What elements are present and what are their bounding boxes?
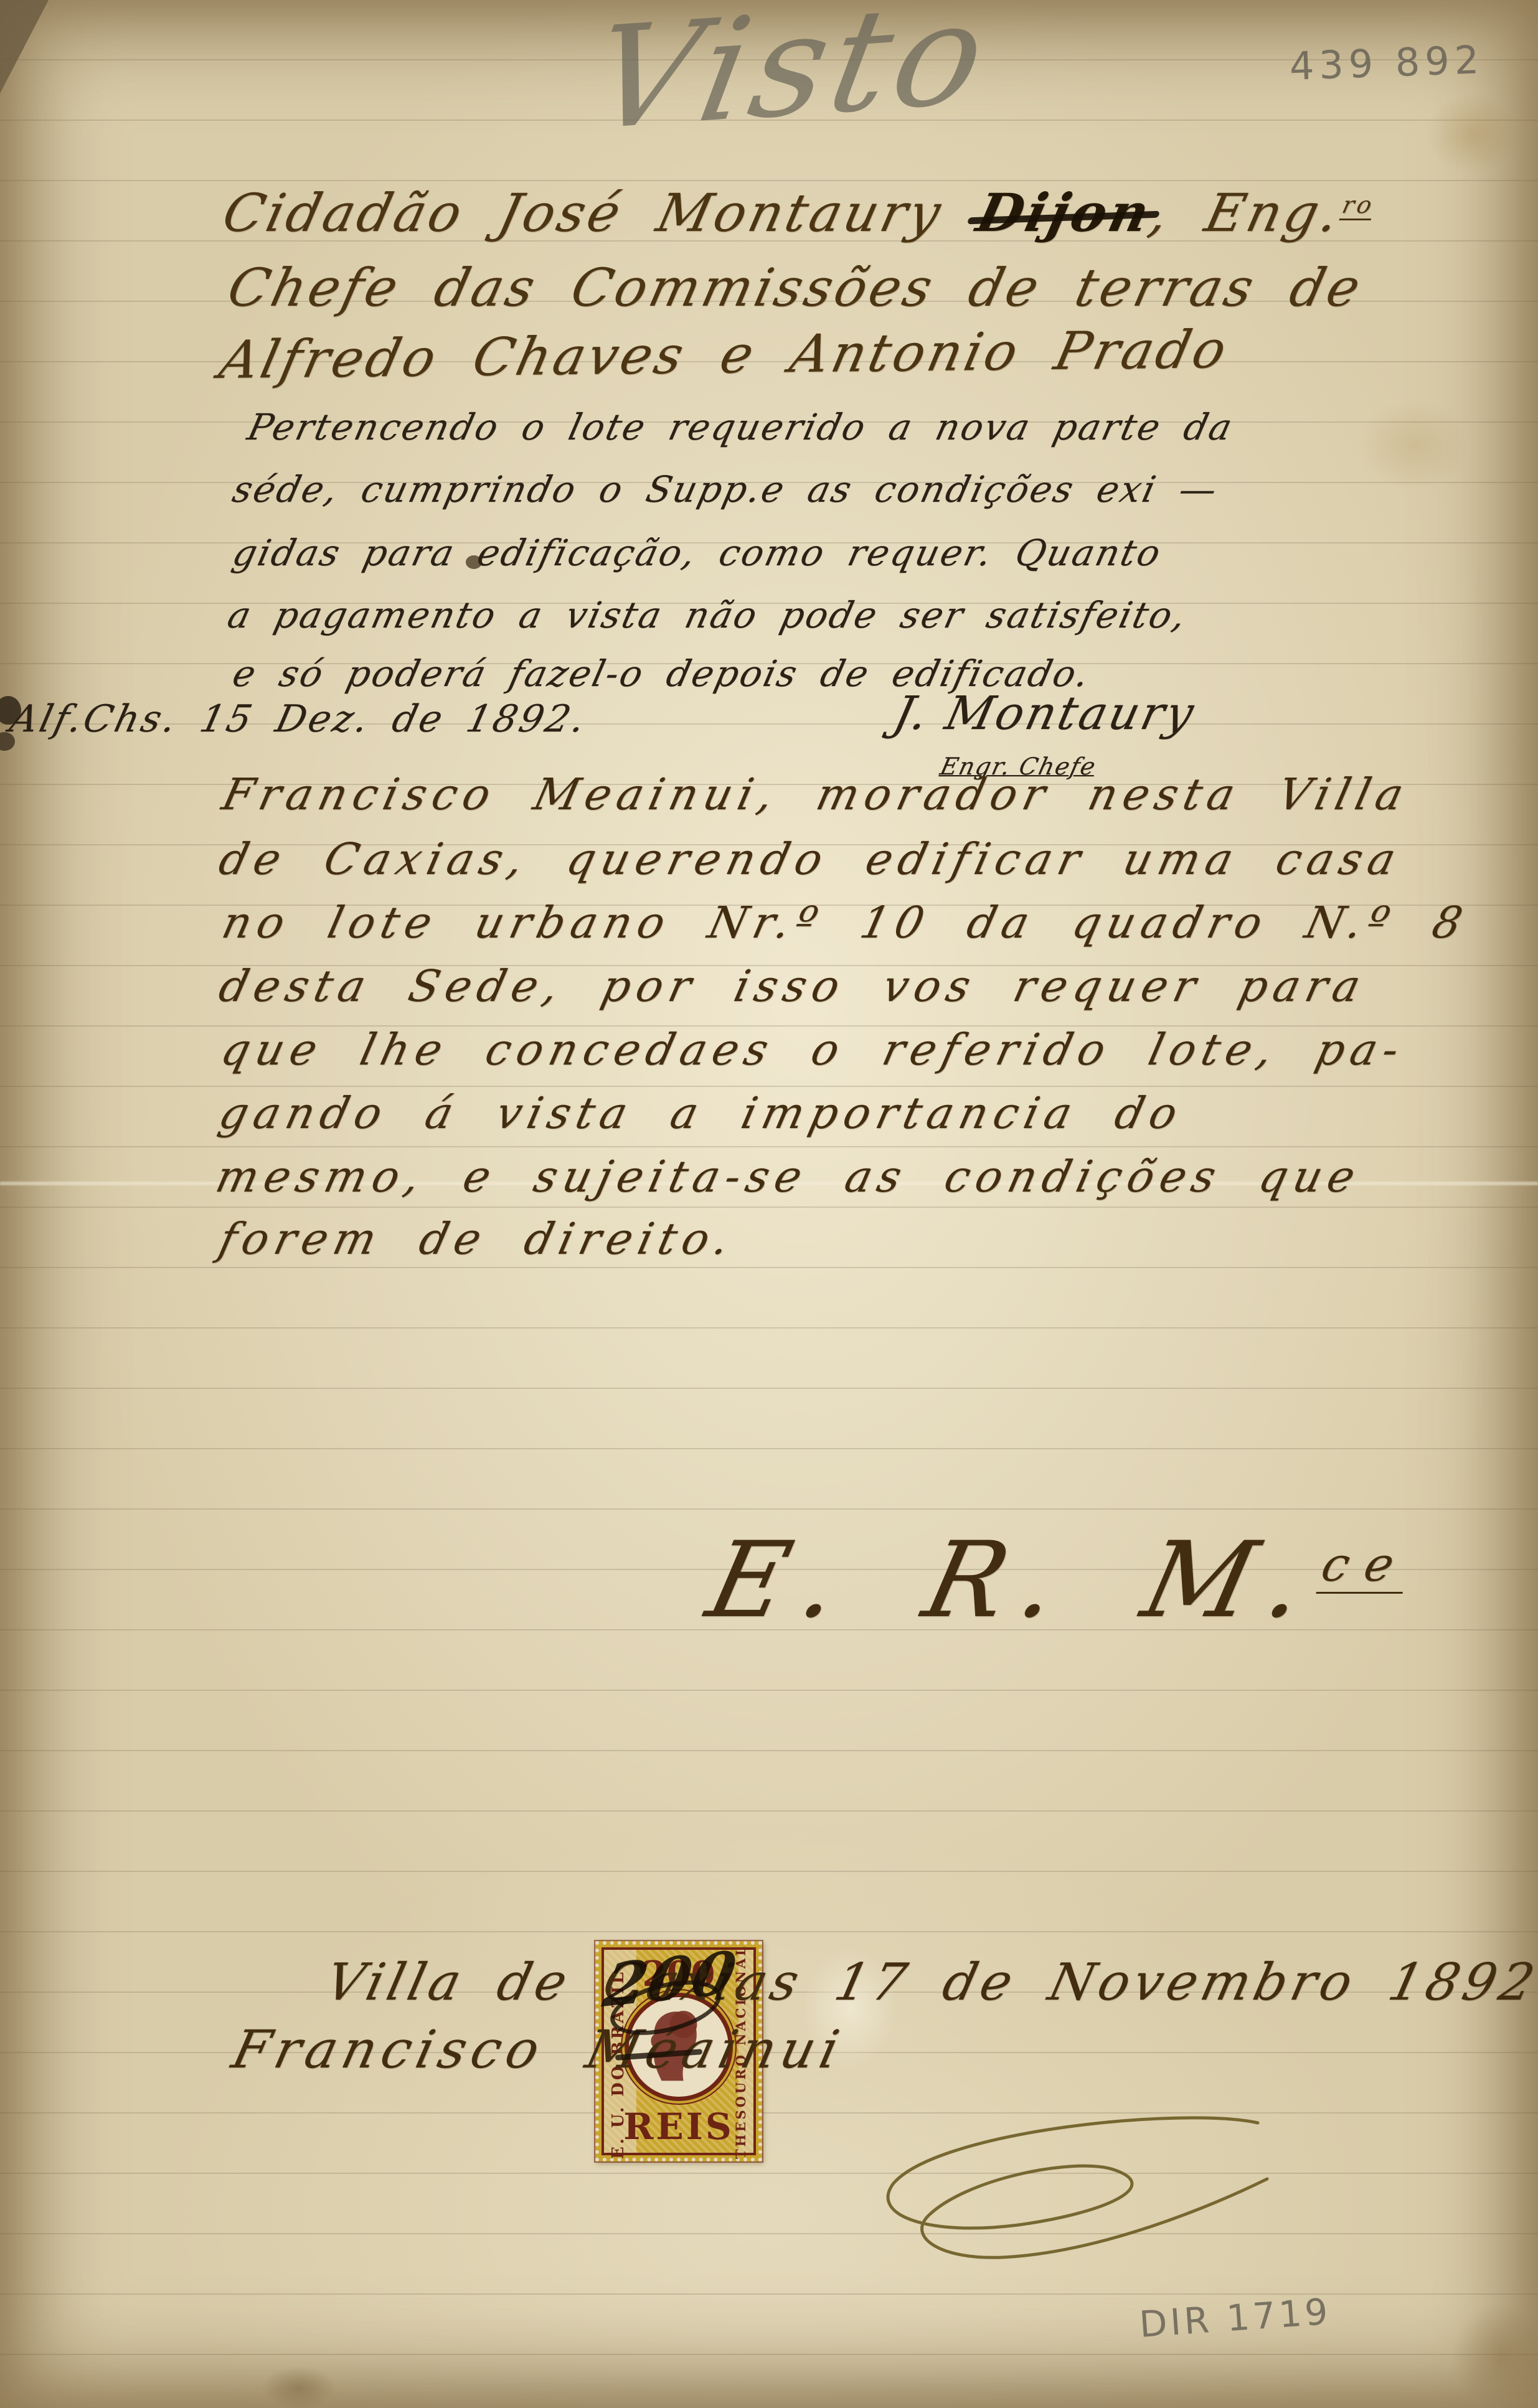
- address-line-1: Cidadão José Montaury Dijon, Eng.ro: [218, 186, 1379, 240]
- addressee-name: Cidadão José Montaury: [217, 182, 950, 243]
- petition-line: Francisco Meainui, morador nesta Villa: [218, 772, 1413, 818]
- petition-line: mesmo, e sujeita-se as condições que: [212, 1154, 1366, 1200]
- closing-superscript: ce: [1316, 1537, 1415, 1594]
- reference-code-pencil: DIR 1719: [1138, 2293, 1333, 2344]
- signature-flourish: [672, 2112, 1283, 2274]
- petition-line: de Caxias, querendo edificar uma casa: [215, 837, 1406, 883]
- visto-pencil-mark: Visto: [582, 0, 1001, 154]
- paper-stain: [1357, 398, 1470, 492]
- superscript: ro: [1339, 191, 1378, 220]
- closing-formula: E. R. M.ce: [699, 1525, 1418, 1635]
- place-date-line: Villa de Caxias 17 de Novembro 1892: [321, 1956, 1538, 2010]
- dispatch-place-date: Alf.Chs. 15 Dez. de 1892.: [6, 700, 591, 739]
- dispatch-line: a pagamento a vista não pode ser satisfe…: [224, 596, 1191, 634]
- paper-stain: [1451, 2303, 1538, 2408]
- address-line-2: Chefe das Commissões de terras de: [223, 260, 1368, 315]
- document-page: Visto 439 892 DIR 1719 Cidadão José Mont…: [0, 0, 1538, 2408]
- closing-main: E. R. M.: [697, 1519, 1333, 1641]
- struck-word: Dijon: [972, 186, 1158, 240]
- petition-line: no lote urbano Nr.º 10 da quadro N.º 8: [218, 900, 1473, 946]
- paper-stain: [1426, 93, 1519, 174]
- dispatch-line: séde, cumprindo o Supp.e as condições ex…: [229, 471, 1222, 509]
- petition-line: que lhe concedaes o referido lote, pa-: [217, 1027, 1409, 1073]
- addressee-title-abbrev: Eng.: [1199, 182, 1348, 243]
- paper-stain: [262, 2366, 336, 2408]
- dispatch-line: Pertencendo o lote requerido a nova part…: [244, 408, 1237, 446]
- petitioner-signature: Francisco Méainui: [227, 2022, 849, 2077]
- address-line-3: Alfredo Chaves e Antonio Prado: [215, 322, 1234, 387]
- petition-line: forem de direito.: [215, 1216, 740, 1263]
- archive-number-pencil: 439 892: [1289, 39, 1484, 87]
- petition-line: gando á vista a importancia do: [215, 1091, 1187, 1137]
- petition-line: desta Sede, por isso vos requer para: [215, 964, 1371, 1010]
- torn-corner: [0, 0, 49, 93]
- engineer-signature: J. Montaury: [889, 690, 1201, 738]
- dispatch-line: gidas para edificação, como requer. Quan…: [229, 534, 1166, 572]
